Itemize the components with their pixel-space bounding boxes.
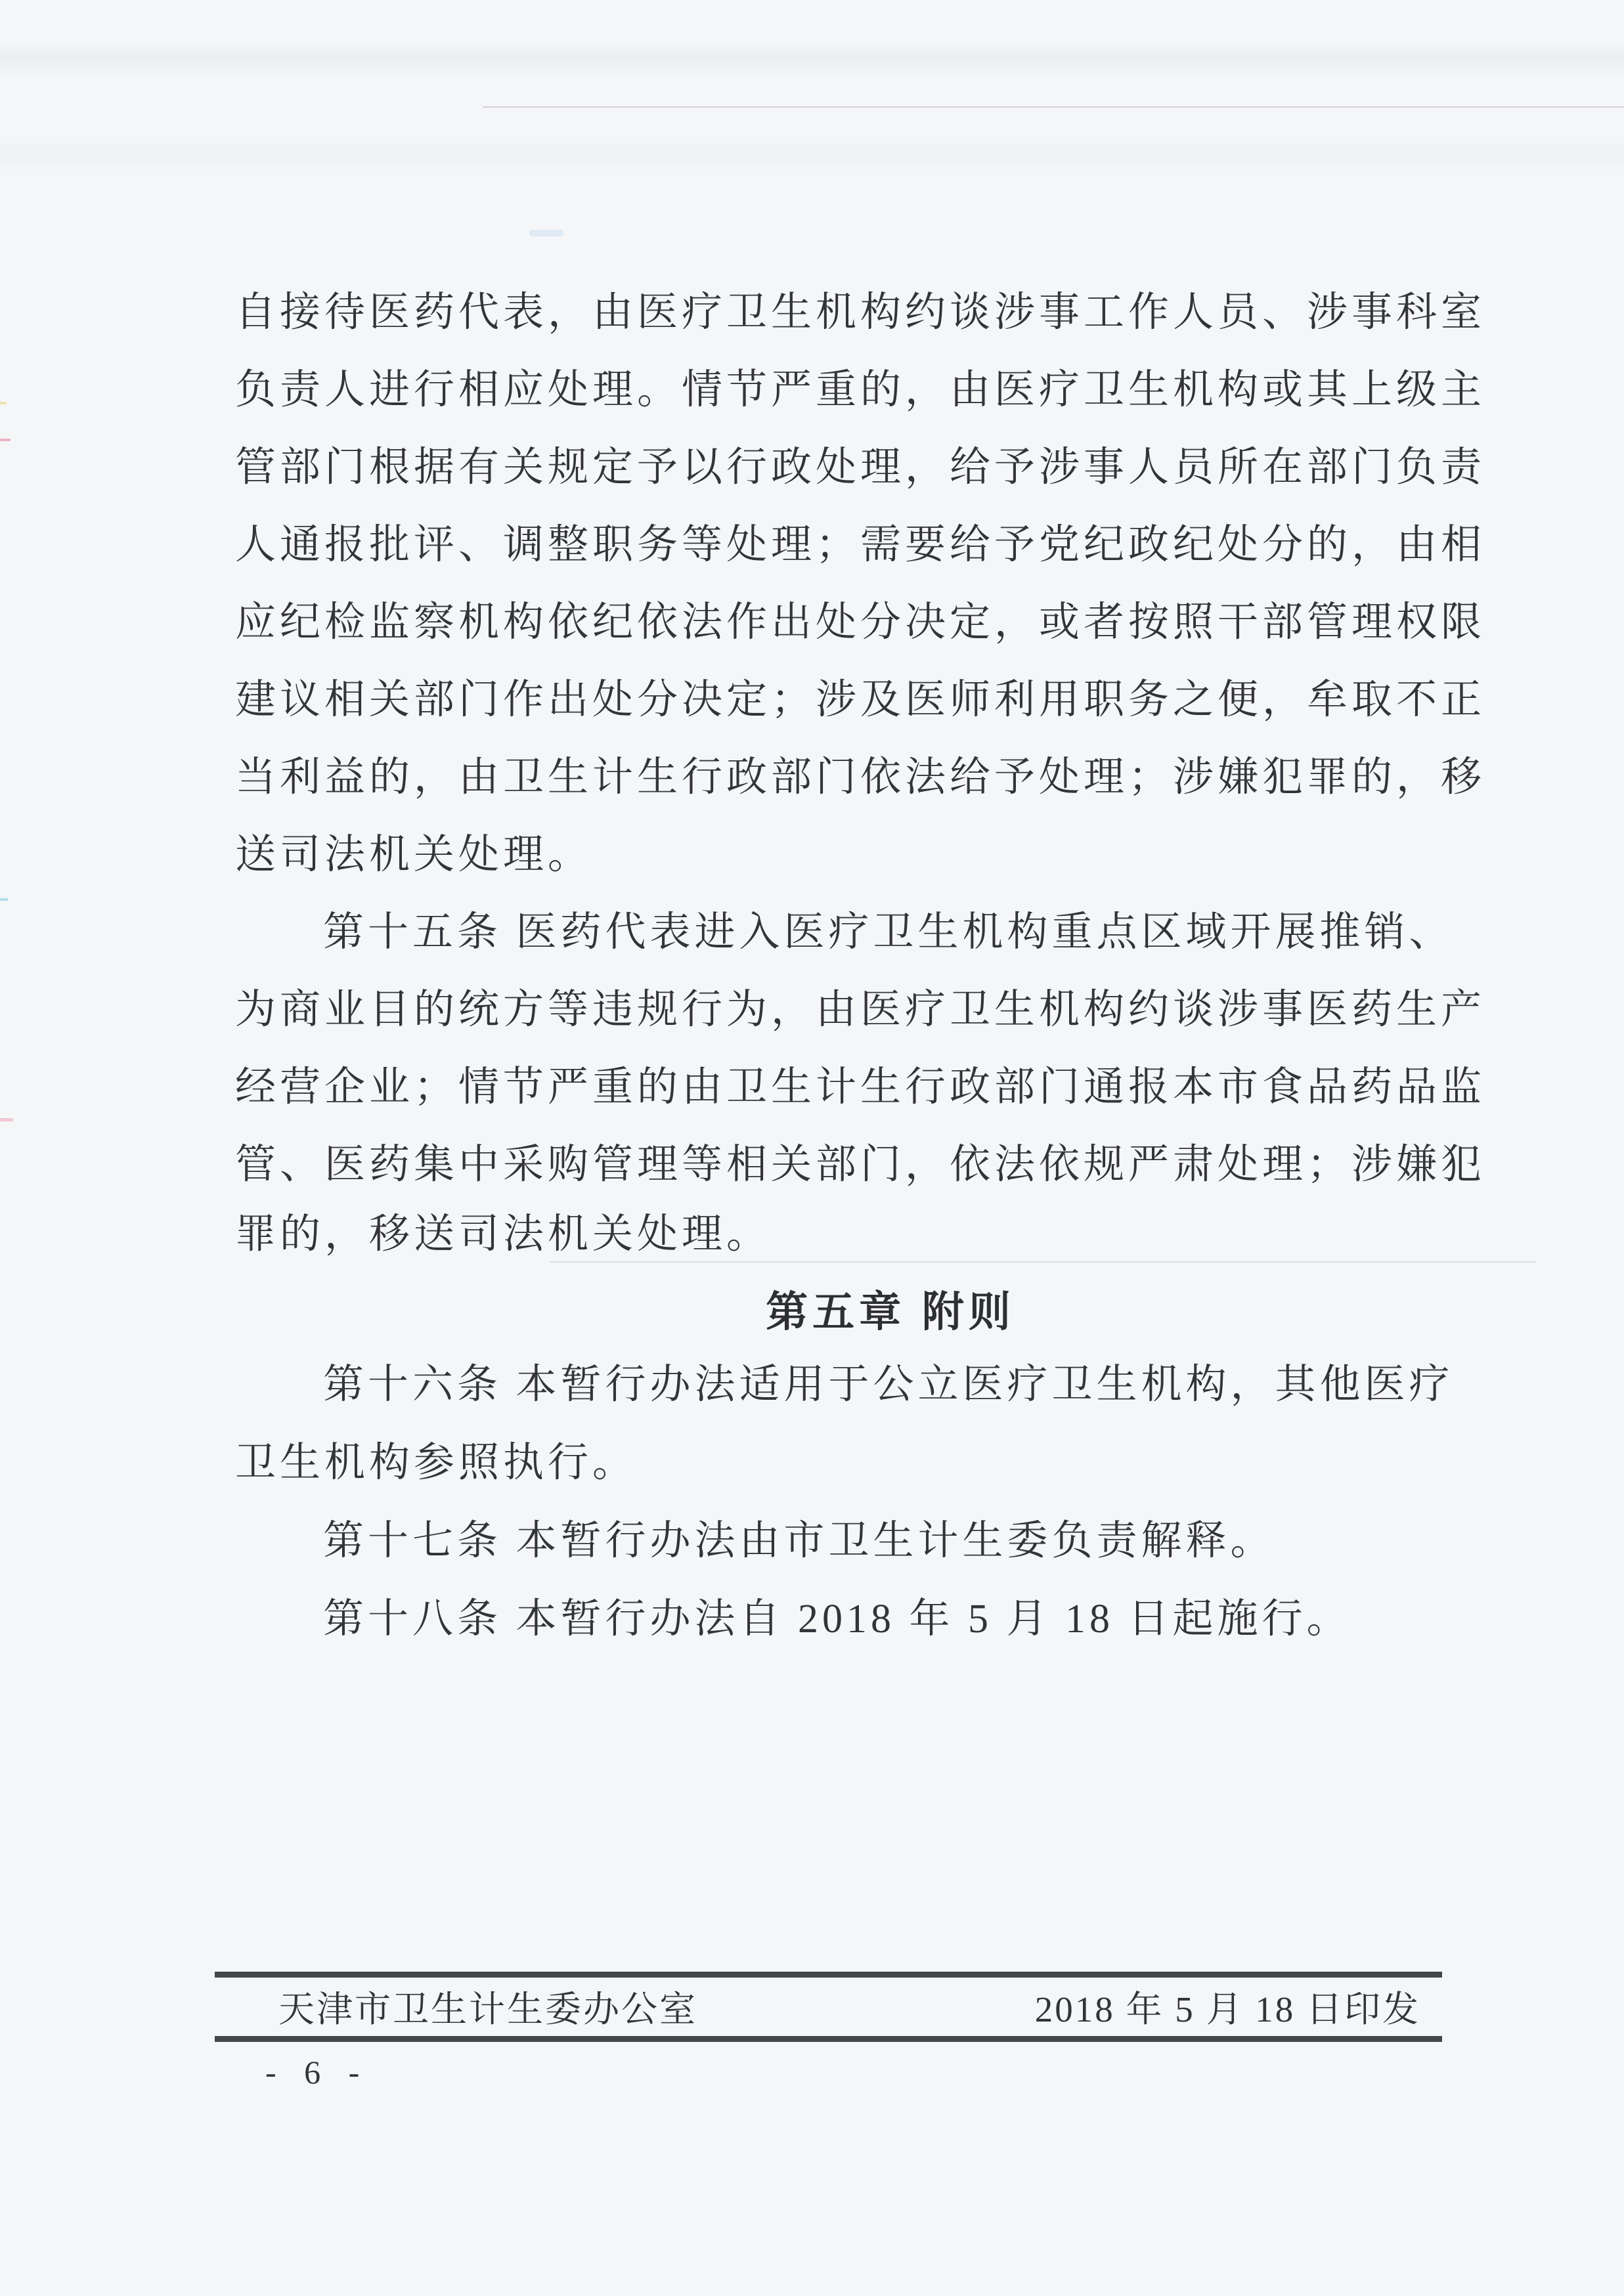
text-line: 管部门根据有关规定予以行政处理，给予涉事人员所在部门负责 bbox=[235, 447, 1450, 488]
text-line-article-17: 第十七条 本暂行办法由市卫生计生委负责解释。 bbox=[235, 1521, 1538, 1561]
scan-noise-band bbox=[0, 41, 1624, 77]
text-line: 罪的，移送司法机关处理。 bbox=[235, 1214, 1450, 1255]
text-line: 建议相关部门作出处分决定；涉及医师利用职务之便，牟取不正 bbox=[235, 680, 1450, 720]
scan-artifact-tick bbox=[0, 439, 11, 441]
text-line: 应纪检监察机构依纪依法作出处分决定，或者按照干部管理权限 bbox=[235, 602, 1450, 643]
text-line-article-15: 第十五条 医药代表进入医疗卫生机构重点区域开展推销、 bbox=[235, 912, 1538, 953]
scan-artifact-line bbox=[483, 106, 1624, 108]
footer-row: 天津市卫生计生委办公室 2018 年 5 月 18 日印发 bbox=[278, 1991, 1420, 2027]
scan-artifact-tick bbox=[0, 1118, 13, 1121]
scan-artifact-line bbox=[550, 1261, 1535, 1263]
text-line-article-18: 第十八条 本暂行办法自 2018 年 5 月 18 日起施行。 bbox=[235, 1599, 1538, 1639]
footer-issuing-office: 天津市卫生计生委办公室 bbox=[278, 1991, 697, 2027]
page-number: - 6 - bbox=[265, 2056, 362, 2089]
chapter-heading: 第五章 附则 bbox=[332, 1291, 1449, 1333]
text-line: 人通报批评、调整职务等处理；需要给予党纪政纪处分的，由相 bbox=[235, 525, 1450, 565]
footer-print-date: 2018 年 5 月 18 日印发 bbox=[1035, 1991, 1420, 2027]
text-line: 自接待医药代表，由医疗卫生机构约谈涉事工作人员、涉事科室 bbox=[235, 292, 1450, 333]
text-line: 为商业目的统方等违规行为，由医疗卫生机构约谈涉事医药生产 bbox=[235, 989, 1450, 1030]
scan-artifact-smudge bbox=[529, 230, 563, 236]
text-line: 当利益的，由卫生计生行政部门依法给予处理；涉嫌犯罪的，移 bbox=[235, 757, 1450, 798]
text-line: 经营企业；情节严重的由卫生计生行政部门通报本市食品药品监 bbox=[235, 1067, 1450, 1108]
text-line: 卫生机构参照执行。 bbox=[235, 1442, 1450, 1483]
footer-rule-bottom bbox=[215, 2036, 1442, 2042]
text-line-article-16: 第十六条 本暂行办法适用于公立医疗卫生机构，其他医疗 bbox=[235, 1364, 1538, 1405]
footer-rule-top bbox=[215, 1972, 1442, 1978]
text-line: 送司法机关处理。 bbox=[235, 834, 1450, 875]
text-line: 负责人进行相应处理。情节严重的，由医疗卫生机构或其上级主 bbox=[235, 370, 1450, 410]
text-line: 管、医药集中采购管理等相关部门，依法依规严肃处理；涉嫌犯 bbox=[235, 1144, 1450, 1185]
scan-noise-band bbox=[0, 135, 1624, 174]
scan-artifact-tick bbox=[0, 402, 7, 404]
scanned-document-page: 自接待医药代表，由医疗卫生机构约谈涉事工作人员、涉事科室 负责人进行相应处理。情… bbox=[0, 0, 1624, 2296]
scan-artifact-tick bbox=[0, 898, 8, 901]
